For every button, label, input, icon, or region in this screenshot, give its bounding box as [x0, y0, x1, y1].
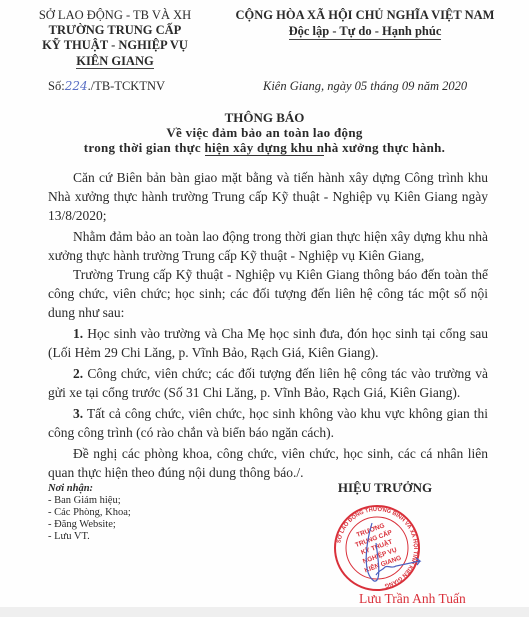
notice-subject-line1: Về việc đảm bảo an toàn lao động [0, 125, 529, 140]
paragraph-purpose: Nhằm đảm bảo an toàn lao động trong thời… [48, 227, 488, 265]
recipient-item: - Đăng Website; [48, 519, 131, 531]
paragraph-basis: Căn cứ Biên bản bàn giao mặt bằng và tiế… [48, 168, 488, 225]
doc-number-handwritten: 224 [65, 79, 88, 93]
document-page: SỞ LAO ĐỘNG - TB VÀ XH TRƯỜNG TRUNG CẤP … [0, 0, 529, 607]
school-name-line3: KIÊN GIANG [76, 54, 153, 69]
list-item: 3. Tất cả công chức, viên chức, học sinh… [48, 404, 488, 442]
school-name-line1: TRƯỜNG TRUNG CẤP [30, 23, 200, 38]
list-item: 2. Công chức, viên chức; các đối tượng đ… [48, 364, 488, 402]
recipients-label: Nơi nhận: [48, 483, 131, 495]
official-stamp-icon: SỞ LAO ĐỘNG THƯƠNG BINH VÀ XÃ HỘI TỈNH K… [332, 503, 422, 593]
list-item: 1. Học sinh vào trường và Cha Mẹ học sin… [48, 324, 488, 362]
place-date: Kiên Giang, ngày 05 tháng 09 năm 2020 [263, 79, 467, 94]
paragraph-closing: Đề nghị các phòng khoa, công chức, viên … [48, 444, 488, 482]
notice-title-block: THÔNG BÁO Về việc đảm bảo an toàn lao độ… [0, 110, 529, 155]
national-heading-block: CỘNG HÒA XÃ HỘI CHỦ NGHĨA VIỆT NAM Độc l… [205, 8, 525, 40]
notice-subject-line2: trong thời gian thực hiện xây dựng khu n… [0, 140, 529, 155]
signer-role: HIỆU TRƯỞNG [310, 480, 460, 496]
document-number: Số:224./TB-TCKTNV [48, 79, 165, 94]
signer-name: Lưu Trần Anh Tuấn [359, 591, 466, 607]
doc-number-prefix: Số: [48, 79, 65, 93]
signature-block: HIỆU TRƯỞNG [310, 480, 460, 496]
notice-body: Căn cứ Biên bản bàn giao mặt bằng và tiế… [48, 168, 488, 482]
doc-number-suffix: ./TB-TCKTNV [88, 79, 165, 93]
notice-heading: THÔNG BÁO [0, 110, 529, 125]
national-title: CỘNG HÒA XÃ HỘI CHỦ NGHĨA VIỆT NAM [205, 8, 525, 23]
recipient-item: - Lưu VT. [48, 531, 131, 543]
school-name-line2: KỸ THUẬT - NGHIỆP VỤ [30, 38, 200, 53]
ministry-name: SỞ LAO ĐỘNG - TB VÀ XH [30, 8, 200, 23]
issuing-agency-block: SỞ LAO ĐỘNG - TB VÀ XH TRƯỜNG TRUNG CẤP … [30, 8, 200, 69]
recipient-item: - Các Phòng, Khoa; [48, 507, 131, 519]
national-motto: Độc lập - Tự do - Hạnh phúc [289, 24, 442, 40]
recipient-item: - Ban Giám hiệu; [48, 495, 131, 507]
paragraph-announcement: Trường Trung cấp Kỹ thuật - Nghiệp vụ Ki… [48, 265, 488, 322]
recipients-block: Nơi nhận: - Ban Giám hiệu; - Các Phòng, … [48, 483, 131, 543]
